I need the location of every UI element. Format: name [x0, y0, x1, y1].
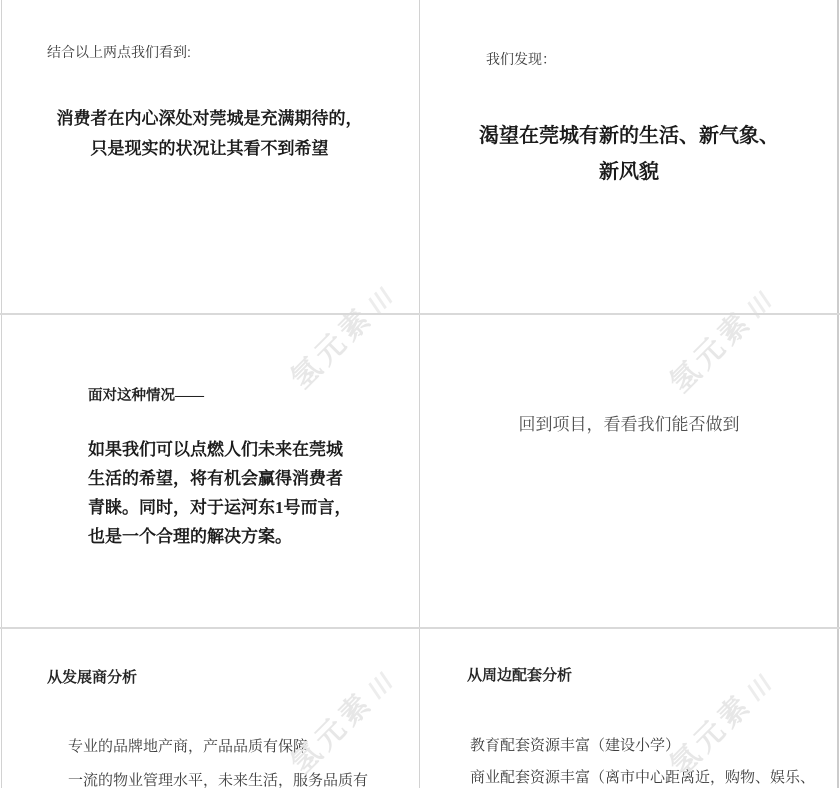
- slide-thumbnail-1[interactable]: 结合以上两点我们看到: 消费者在内心深处对莞城是充满期待的， 只是现实的状况让其…: [0, 0, 419, 313]
- slide3-header: 面对这种情况——: [88, 389, 204, 404]
- slide2-body-line: 新风貌: [420, 154, 838, 190]
- grid-divider-right: [837, 0, 839, 788]
- slide3-body-line: 生活的希望，将有机会赢得消费者: [88, 464, 352, 493]
- slide6-header: 从周边配套分析: [467, 668, 572, 683]
- slide3-body: 如果我们可以点燃人们未来在莞城 生活的希望，将有机会赢得消费者 青睐。同时，对于…: [88, 435, 352, 551]
- slide1-header: 结合以上两点我们看到:: [47, 45, 191, 59]
- slide-thumbnail-2[interactable]: 我们发现： 渴望在莞城有新的生活、新气象、 新风貌: [420, 0, 838, 313]
- slide-thumbnail-3[interactable]: 面对这种情况—— 如果我们可以点燃人们未来在莞城 生活的希望，将有机会赢得消费者…: [0, 315, 419, 627]
- grid-divider-row1: [0, 313, 840, 315]
- slide1-body-line: 消费者在内心深处对莞城是充满期待的，: [0, 104, 419, 134]
- grid-divider-row2: [0, 627, 840, 629]
- slide4-body: 回到项目，看看我们能否做到: [420, 415, 838, 435]
- slide-thumbnail-5[interactable]: 从发展商分析 专业的品牌地产商，产品品质有保障 一流的物业管理水平，未来生活，服…: [0, 629, 419, 788]
- slide3-body-line: 如果我们可以点燃人们未来在莞城: [88, 435, 352, 464]
- slides-preview-grid: 结合以上两点我们看到: 消费者在内心深处对莞城是充满期待的， 只是现实的状况让其…: [0, 0, 840, 788]
- slide5-header: 从发展商分析: [47, 670, 137, 685]
- slide5-body-line: 专业的品牌地产商，产品品质有保障: [68, 739, 308, 754]
- slide6-body-line: 教育配套资源丰富（建设小学）: [470, 738, 680, 753]
- slide3-body-line: 也是一个合理的解决方案。: [88, 522, 352, 551]
- slide2-header: 我们发现：: [486, 52, 556, 66]
- grid-divider-left: [1, 0, 2, 788]
- slide3-body-line: 青睐。同时，对于运河东1号而言，: [88, 493, 352, 522]
- slide2-body-line: 渴望在莞城有新的生活、新气象、: [420, 118, 838, 154]
- slide-thumbnail-6[interactable]: 从周边配套分析 教育配套资源丰富（建设小学） 商业配套资源丰富（离市中心距离近，…: [420, 629, 838, 788]
- grid-divider-center: [419, 0, 420, 788]
- slide1-body-line: 只是现实的状况让其看不到希望: [0, 134, 419, 164]
- slide2-body: 渴望在莞城有新的生活、新气象、 新风貌: [420, 118, 838, 190]
- slide1-body: 消费者在内心深处对莞城是充满期待的， 只是现实的状况让其看不到希望: [0, 104, 419, 164]
- slide6-body-line: 商业配套资源丰富（离市中心距离近，购物、娱乐、: [470, 770, 815, 785]
- slide5-body-line: 一流的物业管理水平，未来生活，服务品质有: [68, 773, 368, 788]
- slide-thumbnail-4[interactable]: 回到项目，看看我们能否做到: [420, 315, 838, 627]
